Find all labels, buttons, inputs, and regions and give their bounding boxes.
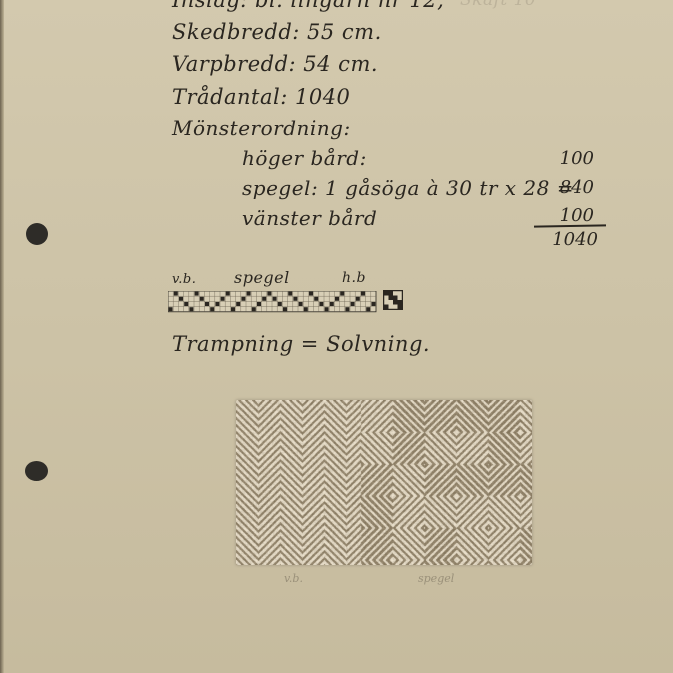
pattern-order-heading: Mönsterordning:	[172, 116, 351, 140]
paper-edge	[0, 0, 4, 673]
weft-pencil-note: Skaft 10	[460, 0, 536, 10]
pattern-order-value: 100	[524, 148, 594, 169]
warp-width-line: Varpbredd: 54 cm.	[172, 52, 378, 76]
thread-count-line: Trådantal: 1040	[172, 85, 350, 109]
punch-hole-top	[26, 223, 48, 245]
fabric-swatch	[236, 400, 532, 565]
pattern-order-label: höger bård:	[242, 146, 367, 170]
swatch-label-left: v.b.	[284, 572, 303, 585]
reed-width-line: Skedbredd: 55 cm.	[172, 20, 382, 44]
weft-line: Inslag: bl. lingarn nr 12,	[172, 0, 444, 12]
pattern-order-value: 840	[524, 177, 594, 198]
punch-hole-bottom	[25, 461, 48, 481]
threading-draft	[168, 291, 378, 313]
sum-rule	[534, 224, 606, 227]
draft-label-center: spegel	[234, 268, 290, 287]
thread-total: 1040	[528, 229, 598, 250]
swatch-label-right: spegel	[418, 572, 454, 585]
pattern-order-value: 100	[524, 205, 594, 226]
pattern-order-label: vänster bård	[242, 206, 377, 230]
tie-up-grid	[383, 290, 403, 310]
treadling-note: Trampning = Solvning.	[172, 332, 430, 356]
draft-label-left: v.b.	[172, 272, 196, 287]
draft-label-right: h.b	[342, 270, 366, 286]
